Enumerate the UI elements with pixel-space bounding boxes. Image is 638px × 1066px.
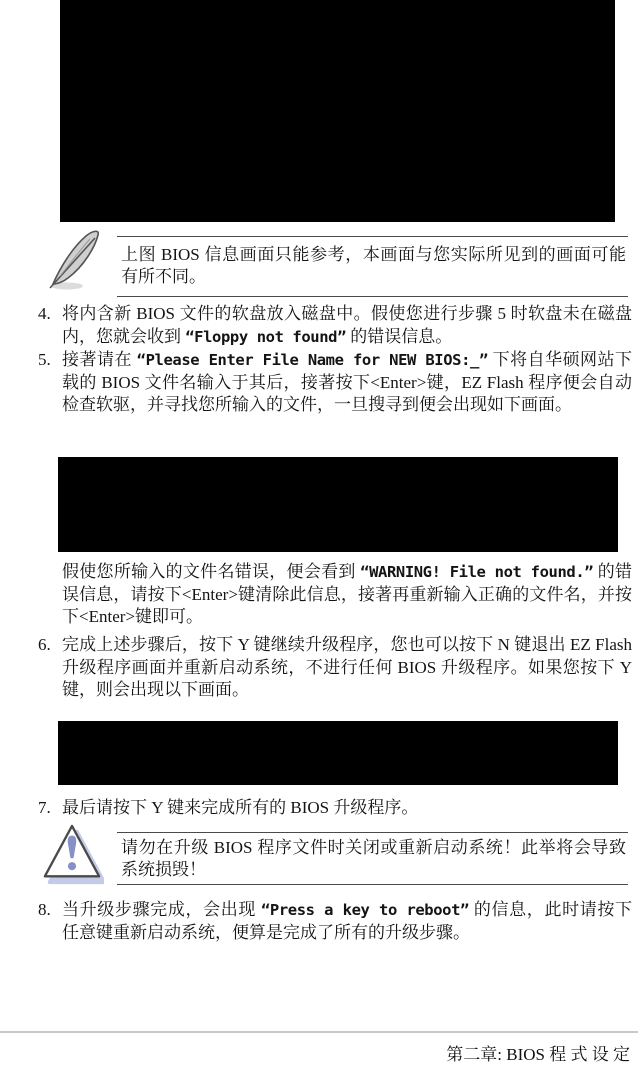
warning-text: 请勿在升级 BIOS 程序文件时关闭或重新启动系统！此举将会导致系统损毁！: [121, 838, 626, 879]
step-number: 4.: [38, 303, 51, 326]
warning-callout: 请勿在升级 BIOS 程序文件时关闭或重新启动系统！此举将会导致系统损毁！: [117, 832, 628, 885]
code-segment: “Please Enter File Name for NEW BIOS:_”: [137, 351, 488, 369]
code-segment: “Floppy not found”: [185, 328, 346, 346]
step-7: 7. 最后请按下 Y 键来完成所有的 BIOS 升级程序。: [38, 797, 632, 820]
step-number: 8.: [38, 899, 51, 922]
quill-pen-icon: [46, 226, 108, 292]
text-segment: 假使您所输入的文件名错误，便会看到: [62, 562, 360, 581]
code-segment: “WARNING! File not found.”: [360, 563, 593, 581]
note-text: 上图 BIOS 信息画面只能参考，本画面与您实际所见到的画面可能有所不同。: [121, 245, 626, 286]
step-4: 4. 将内含新 BIOS 文件的软盘放入磁盘中。假使您进行步骤 5 时软盘未在磁…: [38, 303, 632, 348]
manual-page: 上图 BIOS 信息画面只能参考，本画面与您实际所见到的画面可能有所不同。 4.…: [0, 0, 638, 1066]
footer-divider: [0, 1031, 638, 1033]
text-segment: 当升级步骤完成，会出现: [62, 900, 261, 919]
file-error-paragraph: 假使您所输入的文件名错误，便会看到 “WARNING! File not fou…: [62, 561, 632, 629]
text-segment: 最后请按下 Y 键来完成所有的 BIOS 升级程序。: [62, 798, 418, 817]
text-segment: 的错误信息。: [346, 327, 452, 346]
footer-chapter-label: 第二章: BIOS 程 式 设 定: [446, 1040, 630, 1065]
step-number: 6.: [38, 634, 51, 657]
step-6: 6. 完成上述步骤后，按下 Y 键继续升级程序，您也可以按下 N 键退出 EZ …: [38, 634, 632, 702]
step-5: 5. 接著请在 “Please Enter File Name for NEW …: [38, 349, 632, 417]
text-segment: 完成上述步骤后，按下 Y 键继续升级程序，您也可以按下 N 键退出 EZ Fla…: [62, 635, 632, 699]
bios-screenshot-3: [58, 721, 618, 785]
bios-screenshot-2: [58, 457, 618, 552]
step-number: 7.: [38, 797, 51, 820]
step-number: 5.: [38, 349, 51, 372]
step-8: 8. 当升级步骤完成，会出现 “Press a key to reboot” 的…: [38, 899, 632, 944]
bios-screenshot-1: [60, 0, 615, 222]
text-segment: 接著请在: [62, 350, 137, 369]
code-segment: “Press a key to reboot”: [261, 901, 469, 919]
note-callout: 上图 BIOS 信息画面只能参考，本画面与您实际所见到的画面可能有所不同。: [117, 236, 628, 297]
warning-triangle-icon: [40, 820, 104, 890]
